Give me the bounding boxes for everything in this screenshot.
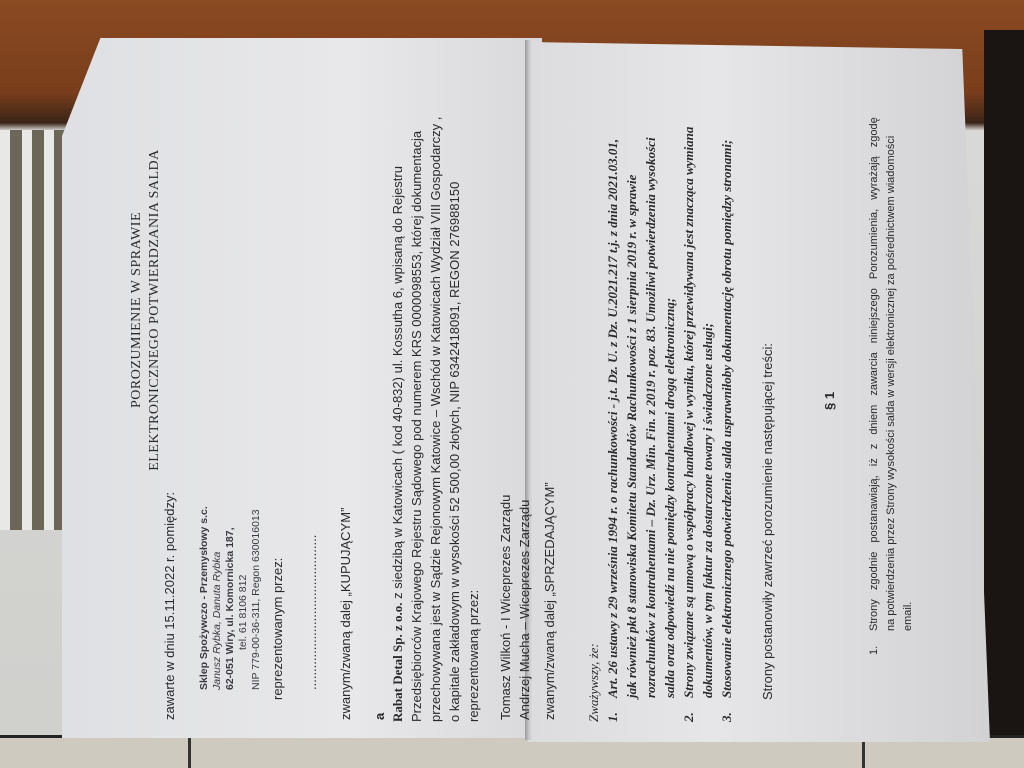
connector-a: a xyxy=(370,713,389,720)
seller-representatives: Tomasz Wilkoń - I Wiceprezes Zarządu And… xyxy=(496,495,534,720)
clause-line: Strony zgodnie postanawiają, iż z dniem … xyxy=(866,117,883,631)
buyer-called: zwanym/zwaną dalej „KUPUJĄCYM” xyxy=(336,508,355,720)
seller-line: reprezentowaną przez: xyxy=(464,117,483,722)
floor-tile-line xyxy=(862,738,865,768)
item-line: jak również pkt 8 stanowiska Komitetu St… xyxy=(622,137,641,698)
seller-called: zwanym/zwaną dalej „SPRZEDAJĄCYM” xyxy=(540,482,559,720)
seller-line: przechowywana jest w Sądzie Rejonowym Ka… xyxy=(426,117,445,722)
background-shadow xyxy=(984,30,1024,768)
whereas-item: 2. Strony związane są umową o współpracy… xyxy=(679,127,717,722)
clause-line: email. xyxy=(900,117,917,631)
item-line: rozrachunków z kontrahentami – Dz. Urz. … xyxy=(641,137,660,698)
representative: Tomasz Wilkoń - I Wiceprezes Zarządu xyxy=(496,495,515,720)
stamp-line: Janusz Rybka, Danuta Rybka xyxy=(211,506,224,690)
whereas-item: 3. Stosowanie elektronicznego potwierdze… xyxy=(717,127,736,722)
stamp-line: Sklep Spożywczo - Przemysłowy s.c. xyxy=(198,506,211,690)
section-marker: § 1 xyxy=(820,392,839,410)
whereas-heading: Zważywszy, że: xyxy=(584,127,603,722)
item-line: salda oraz odpowiedź na nie pomiędzy kon… xyxy=(660,137,679,698)
clause-number: 1. xyxy=(866,641,917,655)
clause-line: na potwierdzenia przez Strony wysokości … xyxy=(883,117,900,631)
radiator-background xyxy=(0,130,70,530)
item-line: Art. 26 ustawy z 29 września 1994 r. o r… xyxy=(603,137,622,698)
buyer-stamp: Sklep Spożywczo - Przemysłowy s.c. Janus… xyxy=(198,506,263,690)
title-line-2: ELEKTRONICZNEGO POTWIERDZANIA SALDA xyxy=(146,120,164,500)
buyer-signature-dots: ........................................… xyxy=(302,535,321,690)
seller-line: o kapitale zakładowym w wysokości 52 500… xyxy=(445,117,464,722)
title-line-1: POROZUMIENIE W SPRAWIE xyxy=(128,120,146,500)
seller-line: z siedzibą w Katowicach ( kod 40-832) ul… xyxy=(390,166,405,602)
item-line: dokumentów, w tym faktur za dostarczone … xyxy=(698,127,717,698)
stamp-line: tel. 61 8106 812 xyxy=(237,506,250,690)
stamp-line: 62-051 Wiry, ul. Komornicka 187, xyxy=(224,506,237,690)
whereas-section: Zważywszy, że: 1. Art. 26 ustawy z 29 wr… xyxy=(584,127,736,722)
concluded-date: zawarte w dniu 15.11.2022 r. pomiędzy: xyxy=(160,492,179,720)
clause-item: 1. Strony zgodnie postanawiają, iż z dni… xyxy=(866,117,917,655)
seller-name: Rabat Detal Sp. z o.o. xyxy=(390,602,405,722)
item-line: Strony związane są umową o współpracy ha… xyxy=(679,127,698,698)
stamp-line: NIP 779-00-36-311, Regon 630016013 xyxy=(250,506,263,690)
item-line: Stosowanie elektronicznego potwierdzenia… xyxy=(717,140,736,698)
document-title: POROZUMIENIE W SPRAWIE ELEKTRONICZNEGO P… xyxy=(128,120,164,500)
item-number: 3. xyxy=(717,708,736,722)
clause-1: 1. Strony zgodnie postanawiają, iż z dni… xyxy=(866,117,917,655)
resolution-text: Strony postanowiły zawrzeć porozumienie … xyxy=(758,343,777,700)
item-number: 2. xyxy=(679,708,717,722)
whereas-item: 1. Art. 26 ustawy z 29 września 1994 r. … xyxy=(603,127,679,722)
representative: Andrzej Mucha – Wiceprezes Zarządu xyxy=(515,495,534,720)
buyer-represented-by: reprezentowanym przez: xyxy=(268,558,287,700)
seller-line: Przedsiębiorców Krajowego Rejestru Sądow… xyxy=(407,117,426,722)
item-number: 1. xyxy=(603,708,679,722)
seller-block: Rabat Detal Sp. z o.o. z siedzibą w Kato… xyxy=(388,117,483,722)
floor-tile-line xyxy=(188,738,191,768)
